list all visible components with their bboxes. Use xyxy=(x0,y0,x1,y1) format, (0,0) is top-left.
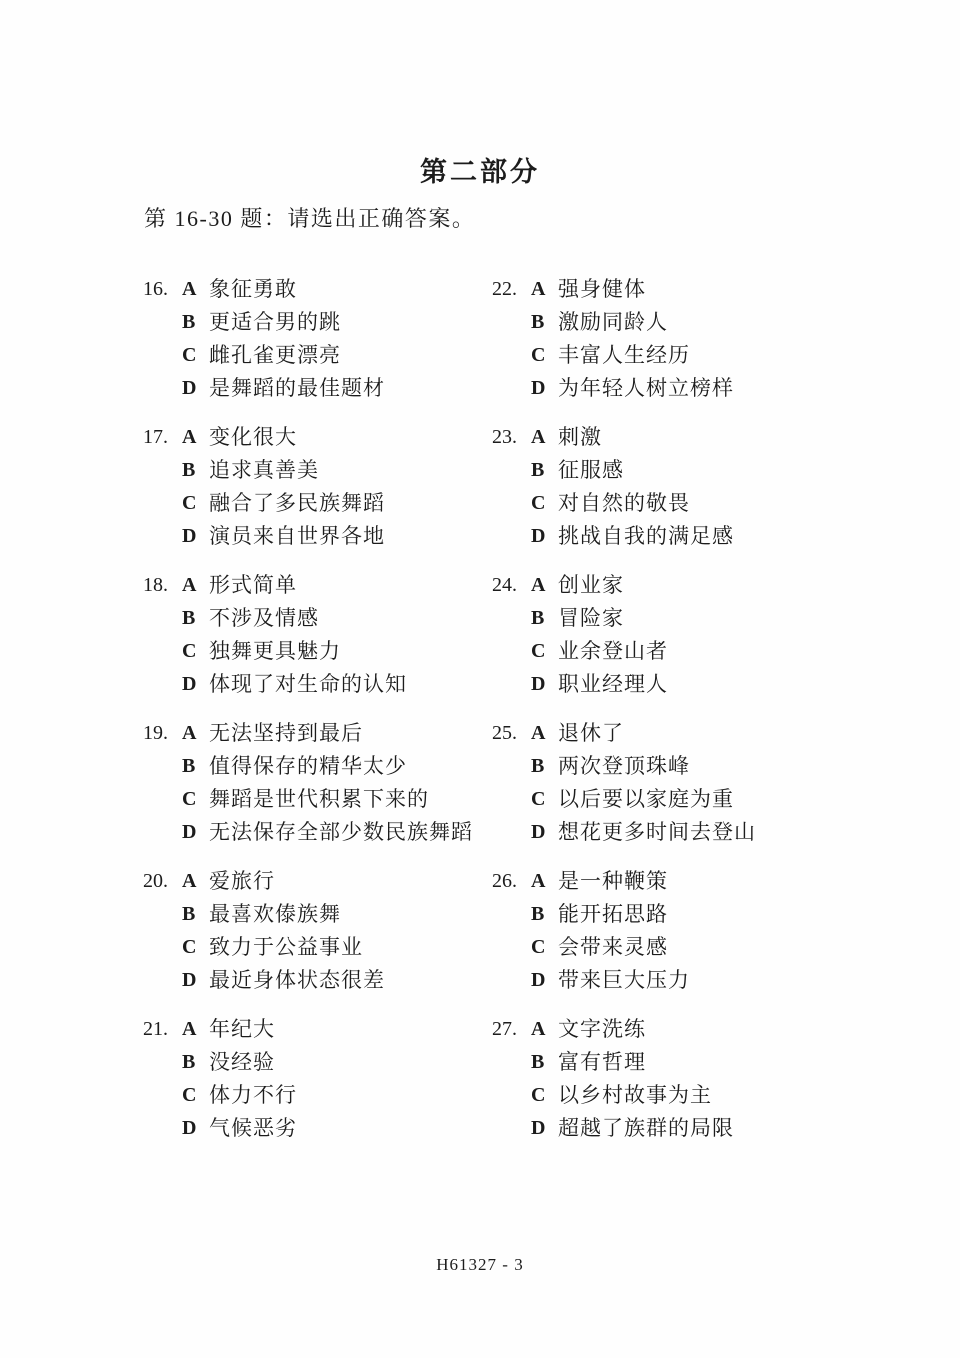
option-row: C 体力不行 xyxy=(182,1079,492,1112)
option-row: A 强身健体 xyxy=(531,273,841,306)
option-text: 退休了 xyxy=(558,717,624,750)
option-letter: D xyxy=(531,816,558,849)
question-18: 18. A 形式简单 B 不涉及情感 C 独舞更具魅力 D xyxy=(143,569,492,701)
option-row: D 气候恶劣 xyxy=(182,1112,492,1145)
option-text: 演员来自世界各地 xyxy=(209,520,385,553)
option-text: 致力于公益事业 xyxy=(209,931,363,964)
option-row: D 超越了族群的局限 xyxy=(531,1112,841,1145)
option-row: B 能开拓思路 xyxy=(531,898,841,931)
question-16: 16. A 象征勇敢 B 更适合男的跳 C 雌孔雀更漂亮 D xyxy=(143,273,492,405)
option-row: B 征服感 xyxy=(531,454,841,487)
options-list: A 形式简单 B 不涉及情感 C 独舞更具魅力 D 体现了对生命的认知 xyxy=(182,569,492,701)
option-letter: C xyxy=(182,783,209,816)
option-letter: D xyxy=(531,964,558,997)
option-row: D 演员来自世界各地 xyxy=(182,520,492,553)
option-text: 不涉及情感 xyxy=(209,602,319,635)
option-text: 会带来灵感 xyxy=(558,931,668,964)
option-text: 体力不行 xyxy=(209,1079,297,1112)
option-row: B 不涉及情感 xyxy=(182,602,492,635)
option-letter: A xyxy=(182,569,209,602)
options-list: A 象征勇敢 B 更适合男的跳 C 雌孔雀更漂亮 D 是舞蹈的最佳题材 xyxy=(182,273,492,405)
option-text: 能开拓思路 xyxy=(558,898,668,931)
question-number: 19. xyxy=(143,717,182,849)
option-letter: A xyxy=(182,717,209,750)
option-text: 业余登山者 xyxy=(558,635,668,668)
question-number: 26. xyxy=(492,865,531,997)
option-row: D 为年轻人树立榜样 xyxy=(531,372,841,405)
option-letter: A xyxy=(531,717,558,750)
option-letter: A xyxy=(182,1013,209,1046)
questions-grid: 16. A 象征勇敢 B 更适合男的跳 C 雌孔雀更漂亮 D xyxy=(143,273,900,1161)
question-23: 23. A 刺激 B 征服感 C 对自然的敬畏 D xyxy=(492,421,841,553)
option-letter: D xyxy=(182,964,209,997)
option-row: A 退休了 xyxy=(531,717,841,750)
option-text: 爱旅行 xyxy=(209,865,275,898)
option-text: 富有哲理 xyxy=(558,1046,646,1079)
option-row: C 会带来灵感 xyxy=(531,931,841,964)
option-letter: C xyxy=(182,487,209,520)
question-27: 27. A 文字洗练 B 富有哲理 C 以乡村故事为主 D xyxy=(492,1013,841,1145)
option-letter: D xyxy=(531,520,558,553)
option-text: 形式简单 xyxy=(209,569,297,602)
option-text: 职业经理人 xyxy=(558,668,668,701)
option-row: A 形式简单 xyxy=(182,569,492,602)
option-row: B 值得保存的精华太少 xyxy=(182,750,492,783)
option-text: 融合了多民族舞蹈 xyxy=(209,487,385,520)
option-letter: C xyxy=(531,339,558,372)
option-row: D 最近身体状态很差 xyxy=(182,964,492,997)
option-text: 文字洗练 xyxy=(558,1013,646,1046)
option-row: D 无法保存全部少数民族舞蹈 xyxy=(182,816,492,849)
options-list: A 年纪大 B 没经验 C 体力不行 D 气候恶劣 xyxy=(182,1013,492,1145)
option-letter: B xyxy=(182,1046,209,1079)
option-text: 激励同龄人 xyxy=(558,306,668,339)
option-text: 体现了对生命的认知 xyxy=(209,668,407,701)
option-row: D 体现了对生命的认知 xyxy=(182,668,492,701)
option-row: C 对自然的敬畏 xyxy=(531,487,841,520)
questions-column-right: 22. A 强身健体 B 激励同龄人 C 丰富人生经历 D xyxy=(492,273,841,1161)
question-25: 25. A 退休了 B 两次登顶珠峰 C 以后要以家庭为重 xyxy=(492,717,841,849)
question-number: 21. xyxy=(143,1013,182,1145)
option-letter: C xyxy=(182,931,209,964)
option-letter: B xyxy=(531,306,558,339)
question-19: 19. A 无法坚持到最后 B 值得保存的精华太少 C 舞蹈是世代积累下来的 xyxy=(143,717,492,849)
question-number: 20. xyxy=(143,865,182,997)
option-text: 为年轻人树立榜样 xyxy=(558,372,734,405)
option-letter: C xyxy=(531,1079,558,1112)
option-text: 带来巨大压力 xyxy=(558,964,690,997)
option-text: 想花更多时间去登山 xyxy=(558,816,756,849)
option-text: 舞蹈是世代积累下来的 xyxy=(209,783,429,816)
option-text: 变化很大 xyxy=(209,421,297,454)
option-row: A 刺激 xyxy=(531,421,841,454)
option-letter: A xyxy=(531,1013,558,1046)
option-letter: B xyxy=(182,306,209,339)
options-list: A 无法坚持到最后 B 值得保存的精华太少 C 舞蹈是世代积累下来的 D 无法保… xyxy=(182,717,492,849)
question-number: 27. xyxy=(492,1013,531,1145)
option-row: C 致力于公益事业 xyxy=(182,931,492,964)
option-row: C 以后要以家庭为重 xyxy=(531,783,841,816)
option-text: 最喜欢傣族舞 xyxy=(209,898,341,931)
option-text: 气候恶劣 xyxy=(209,1112,297,1145)
option-letter: B xyxy=(531,454,558,487)
section-title: 第二部分 xyxy=(0,150,960,189)
option-text: 以后要以家庭为重 xyxy=(558,783,734,816)
option-text: 对自然的敬畏 xyxy=(558,487,690,520)
option-text: 没经验 xyxy=(209,1046,275,1079)
options-list: A 变化很大 B 追求真善美 C 融合了多民族舞蹈 D 演员来自世界各地 xyxy=(182,421,492,553)
option-letter: C xyxy=(182,339,209,372)
option-text: 创业家 xyxy=(558,569,624,602)
option-text: 丰富人生经历 xyxy=(558,339,690,372)
option-text: 无法坚持到最后 xyxy=(209,717,363,750)
option-letter: A xyxy=(531,421,558,454)
question-number: 17. xyxy=(143,421,182,553)
option-row: B 富有哲理 xyxy=(531,1046,841,1079)
option-letter: A xyxy=(531,865,558,898)
option-letter: D xyxy=(531,1112,558,1145)
option-row: A 文字洗练 xyxy=(531,1013,841,1046)
question-number: 24. xyxy=(492,569,531,701)
option-letter: B xyxy=(531,602,558,635)
option-text: 最近身体状态很差 xyxy=(209,964,385,997)
option-letter: D xyxy=(531,372,558,405)
option-letter: C xyxy=(182,635,209,668)
option-text: 更适合男的跳 xyxy=(209,306,341,339)
option-row: A 创业家 xyxy=(531,569,841,602)
questions-column-left: 16. A 象征勇敢 B 更适合男的跳 C 雌孔雀更漂亮 D xyxy=(143,273,492,1161)
option-letter: D xyxy=(182,520,209,553)
question-22: 22. A 强身健体 B 激励同龄人 C 丰富人生经历 D xyxy=(492,273,841,405)
option-letter: C xyxy=(531,635,558,668)
option-text: 超越了族群的局限 xyxy=(558,1112,734,1145)
option-row: B 没经验 xyxy=(182,1046,492,1079)
option-row: B 追求真善美 xyxy=(182,454,492,487)
option-row: A 年纪大 xyxy=(182,1013,492,1046)
option-row: B 更适合男的跳 xyxy=(182,306,492,339)
option-row: D 想花更多时间去登山 xyxy=(531,816,841,849)
option-row: B 最喜欢傣族舞 xyxy=(182,898,492,931)
option-text: 两次登顶珠峰 xyxy=(558,750,690,783)
option-text: 强身健体 xyxy=(558,273,646,306)
question-number: 25. xyxy=(492,717,531,849)
instructions-line: 第 16-30 题：请选出正确答案。 xyxy=(144,202,475,233)
options-list: A 刺激 B 征服感 C 对自然的敬畏 D 挑战自我的满足感 xyxy=(531,421,841,553)
option-row: C 舞蹈是世代积累下来的 xyxy=(182,783,492,816)
option-row: A 爱旅行 xyxy=(182,865,492,898)
option-text: 挑战自我的满足感 xyxy=(558,520,734,553)
option-letter: B xyxy=(182,750,209,783)
option-letter: B xyxy=(531,898,558,931)
option-row: D 挑战自我的满足感 xyxy=(531,520,841,553)
option-row: D 是舞蹈的最佳题材 xyxy=(182,372,492,405)
option-text: 雌孔雀更漂亮 xyxy=(209,339,341,372)
question-number: 16. xyxy=(143,273,182,405)
option-text: 独舞更具魅力 xyxy=(209,635,341,668)
option-row: D 带来巨大压力 xyxy=(531,964,841,997)
options-list: A 爱旅行 B 最喜欢傣族舞 C 致力于公益事业 D 最近身体状态很差 xyxy=(182,865,492,997)
question-21: 21. A 年纪大 B 没经验 C 体力不行 D xyxy=(143,1013,492,1145)
option-row: A 是一种鞭策 xyxy=(531,865,841,898)
option-letter: D xyxy=(182,372,209,405)
options-list: A 文字洗练 B 富有哲理 C 以乡村故事为主 D 超越了族群的局限 xyxy=(531,1013,841,1145)
option-row: B 两次登顶珠峰 xyxy=(531,750,841,783)
option-letter: B xyxy=(182,898,209,931)
option-row: C 雌孔雀更漂亮 xyxy=(182,339,492,372)
question-20: 20. A 爱旅行 B 最喜欢傣族舞 C 致力于公益事业 D xyxy=(143,865,492,997)
option-row: B 冒险家 xyxy=(531,602,841,635)
option-letter: B xyxy=(531,1046,558,1079)
option-letter: C xyxy=(531,783,558,816)
option-letter: D xyxy=(182,668,209,701)
option-row: A 象征勇敢 xyxy=(182,273,492,306)
option-letter: B xyxy=(182,454,209,487)
option-row: B 激励同龄人 xyxy=(531,306,841,339)
exam-page: 第二部分 第 16-30 题：请选出正确答案。 16. A 象征勇敢 B 更适合… xyxy=(0,0,960,1358)
question-number: 22. xyxy=(492,273,531,405)
option-row: C 独舞更具魅力 xyxy=(182,635,492,668)
option-text: 冒险家 xyxy=(558,602,624,635)
option-row: C 融合了多民族舞蹈 xyxy=(182,487,492,520)
option-row: C 丰富人生经历 xyxy=(531,339,841,372)
option-text: 是一种鞭策 xyxy=(558,865,668,898)
option-letter: C xyxy=(182,1079,209,1112)
option-row: C 业余登山者 xyxy=(531,635,841,668)
option-text: 无法保存全部少数民族舞蹈 xyxy=(209,816,473,849)
page-footer: H61327 - 3 xyxy=(0,1255,960,1275)
option-letter: B xyxy=(531,750,558,783)
question-number: 23. xyxy=(492,421,531,553)
option-text: 象征勇敢 xyxy=(209,273,297,306)
option-text: 刺激 xyxy=(558,421,602,454)
option-text: 值得保存的精华太少 xyxy=(209,750,407,783)
option-row: D 职业经理人 xyxy=(531,668,841,701)
option-row: C 以乡村故事为主 xyxy=(531,1079,841,1112)
question-number: 18. xyxy=(143,569,182,701)
options-list: A 强身健体 B 激励同龄人 C 丰富人生经历 D 为年轻人树立榜样 xyxy=(531,273,841,405)
option-letter: A xyxy=(182,865,209,898)
option-text: 年纪大 xyxy=(209,1013,275,1046)
option-row: A 无法坚持到最后 xyxy=(182,717,492,750)
options-list: A 是一种鞭策 B 能开拓思路 C 会带来灵感 D 带来巨大压力 xyxy=(531,865,841,997)
option-letter: A xyxy=(531,273,558,306)
question-24: 24. A 创业家 B 冒险家 C 业余登山者 D xyxy=(492,569,841,701)
option-letter: D xyxy=(182,1112,209,1145)
options-list: A 退休了 B 两次登顶珠峰 C 以后要以家庭为重 D 想花更多时间去登山 xyxy=(531,717,841,849)
option-letter: C xyxy=(531,487,558,520)
question-26: 26. A 是一种鞭策 B 能开拓思路 C 会带来灵感 D xyxy=(492,865,841,997)
option-text: 以乡村故事为主 xyxy=(558,1079,712,1112)
option-letter: A xyxy=(182,421,209,454)
option-text: 是舞蹈的最佳题材 xyxy=(209,372,385,405)
option-letter: D xyxy=(531,668,558,701)
option-row: A 变化很大 xyxy=(182,421,492,454)
option-letter: D xyxy=(182,816,209,849)
option-text: 征服感 xyxy=(558,454,624,487)
option-letter: A xyxy=(182,273,209,306)
option-letter: C xyxy=(531,931,558,964)
option-text: 追求真善美 xyxy=(209,454,319,487)
question-17: 17. A 变化很大 B 追求真善美 C 融合了多民族舞蹈 xyxy=(143,421,492,553)
option-letter: A xyxy=(531,569,558,602)
option-letter: B xyxy=(182,602,209,635)
page-code: H61327 - 3 xyxy=(436,1255,523,1274)
options-list: A 创业家 B 冒险家 C 业余登山者 D 职业经理人 xyxy=(531,569,841,701)
